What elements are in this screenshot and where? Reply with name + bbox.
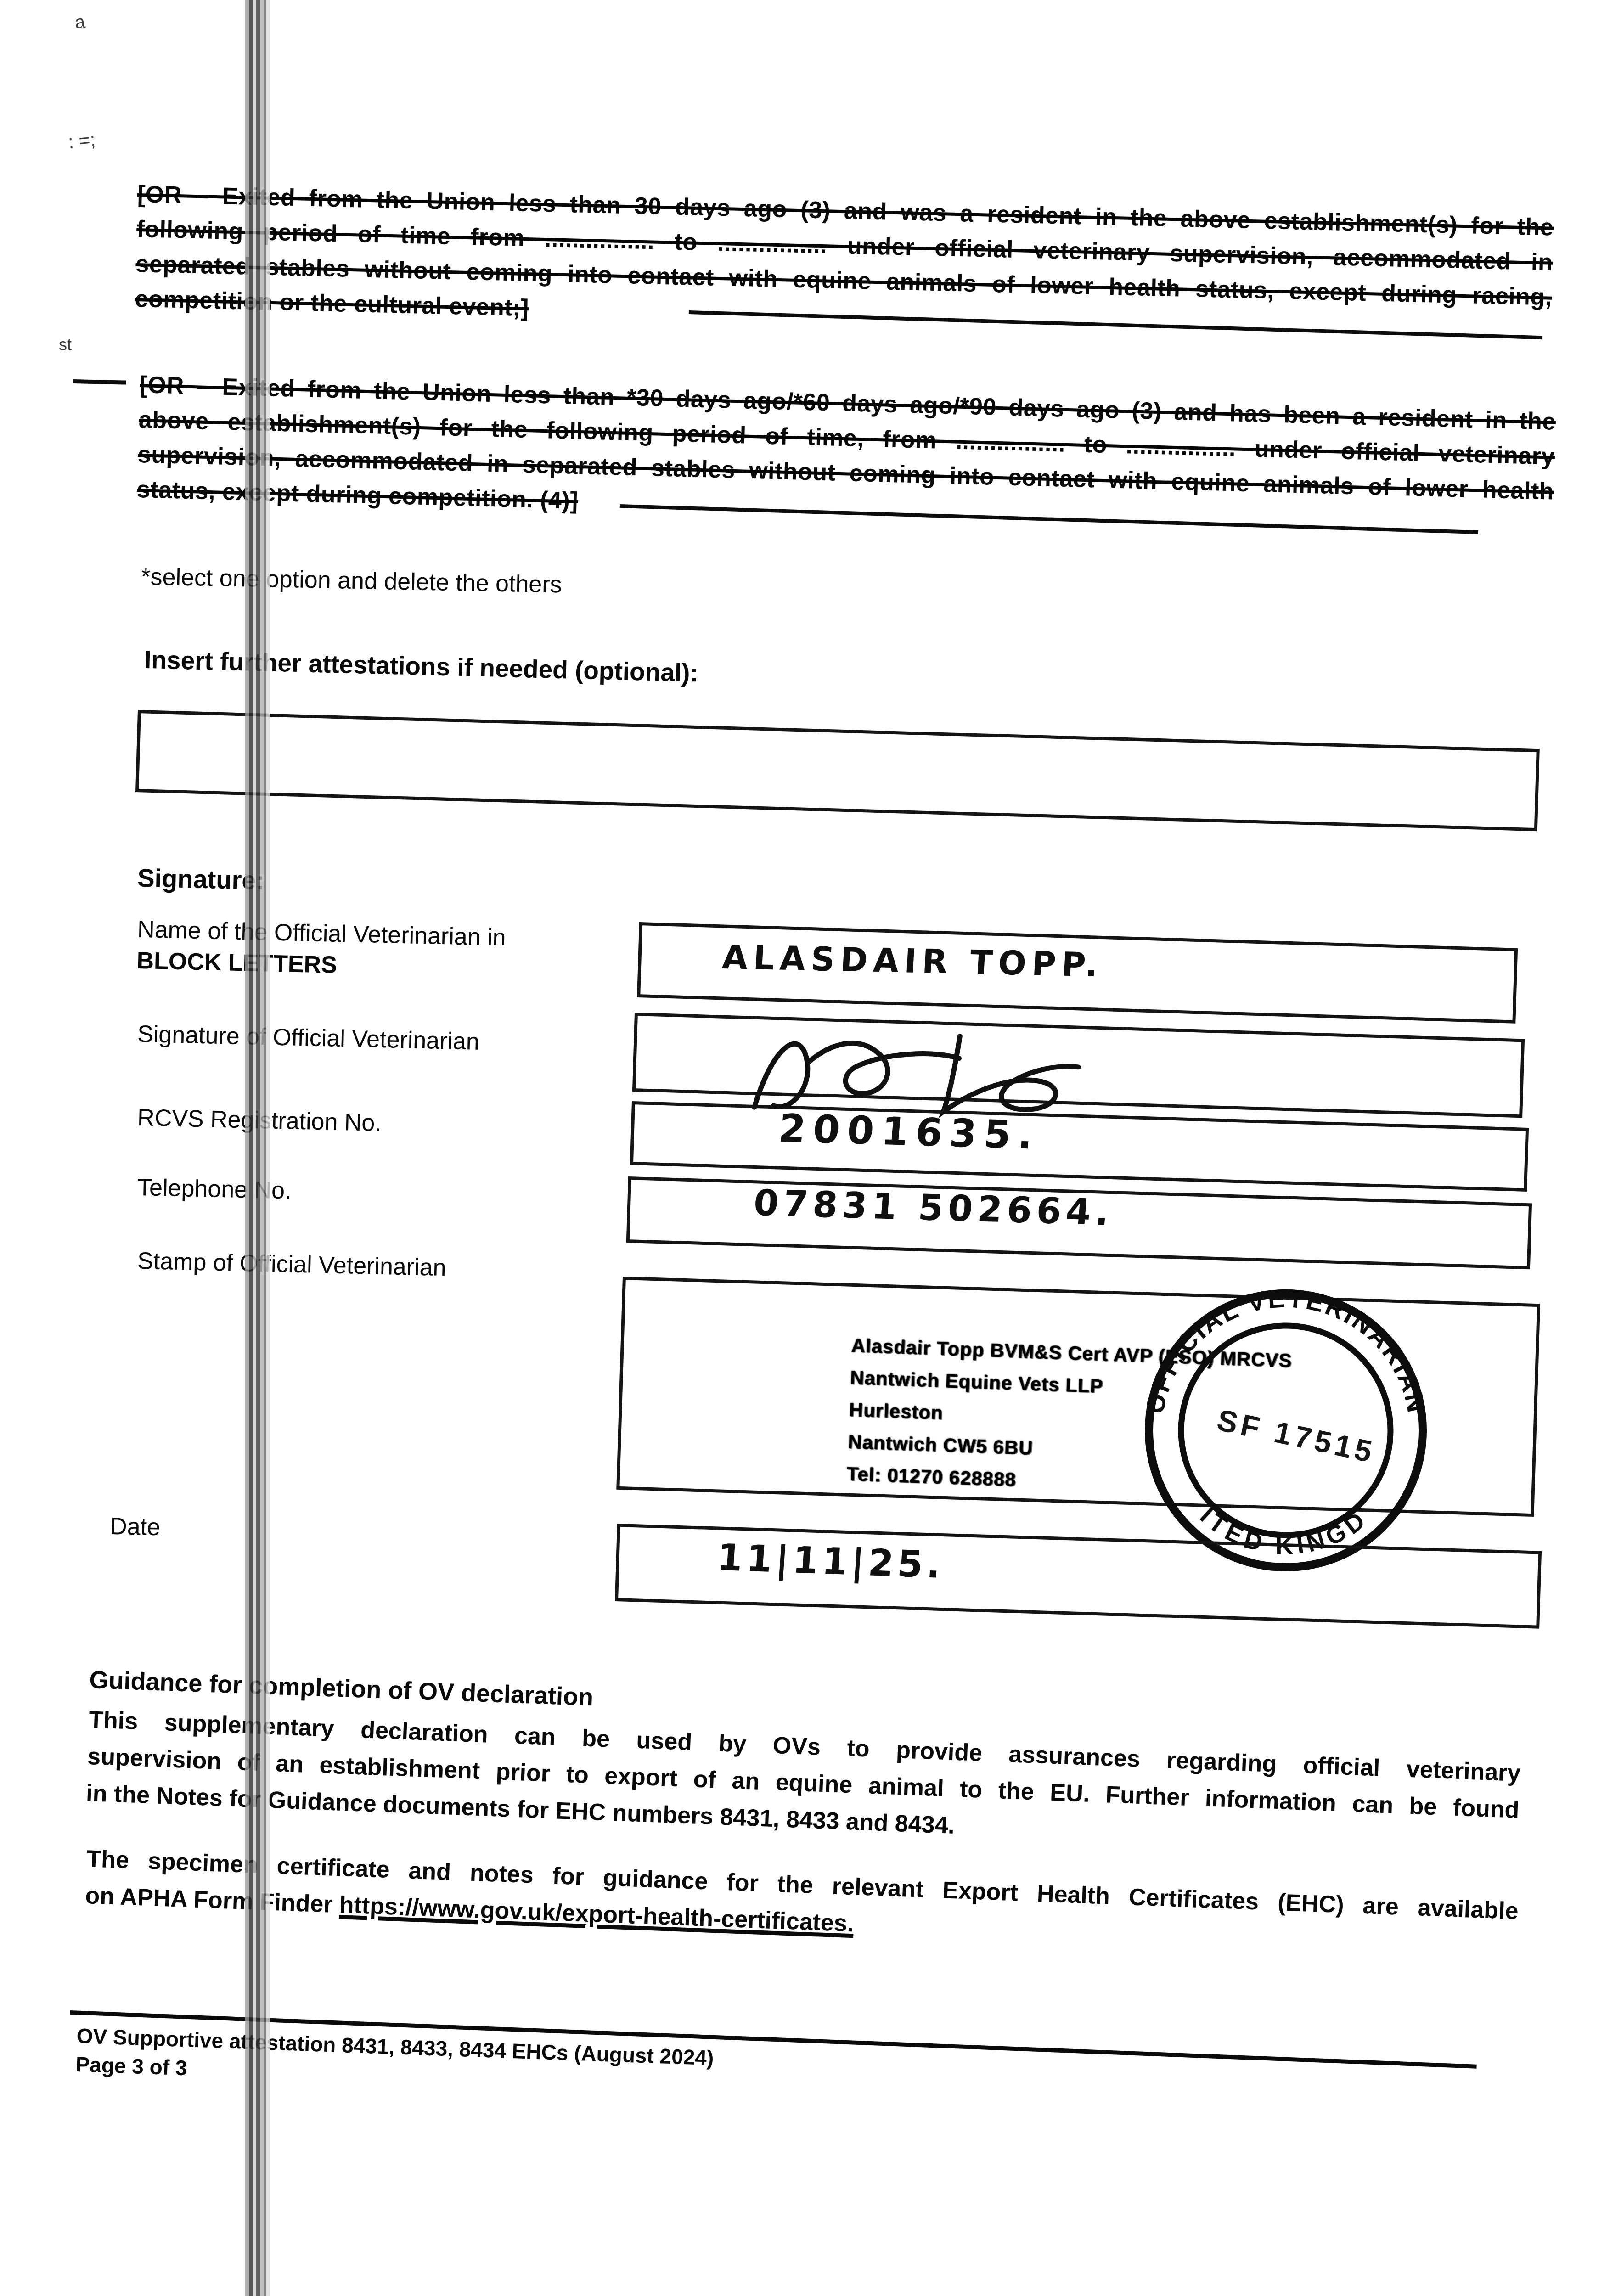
stamp-code-text: SF 17515 <box>1214 1402 1379 1469</box>
guidance-paragraph-1: This supplementary declaration can be us… <box>85 1701 1521 1865</box>
scanner-artifact-band <box>242 0 278 2296</box>
rcvs-field-box <box>630 1101 1529 1192</box>
date-handwritten-value: 11|11|25. <box>716 1536 946 1587</box>
guidance-paragraph-2: The specimen certificate and notes for g… <box>84 1840 1519 1966</box>
rcvs-handwritten-value: 2001635. <box>777 1106 1042 1158</box>
insert-attestations-heading: Insert further attestations if needed (o… <box>144 644 698 688</box>
date-label: Date <box>109 1511 160 1543</box>
scanned-document-page: a : =; st [OR – Exited from the Union le… <box>0 0 1610 2296</box>
name-label: Name of the Official Veterinarian in BLO… <box>136 914 506 985</box>
scan-speck: a <box>73 11 86 34</box>
signature-label: Signature of Official Veterinarian <box>137 1019 479 1058</box>
official-veterinarian-stamp: OFFICIAL VETERINARIAN UNITED KINGDOM SF … <box>1139 1283 1433 1577</box>
name-handwritten-value: ALASDAIR TOPP. <box>721 938 1104 984</box>
stamp-label: Stamp of Official Veterinarian <box>137 1245 446 1283</box>
guidance-line-prefix: on APHA Form Finder <box>85 1882 340 1918</box>
attestation-option-2: [OR – Exited from the Union less than *3… <box>136 367 1556 544</box>
scan-speck: : =; <box>67 129 96 153</box>
select-option-note: *select one option and delete the others <box>141 561 563 601</box>
scan-speck: st <box>59 335 72 355</box>
margin-dash <box>73 379 126 385</box>
attestation-option-1: [OR – Exited from the Union less than 30… <box>135 177 1554 350</box>
further-attestations-box <box>135 710 1540 831</box>
